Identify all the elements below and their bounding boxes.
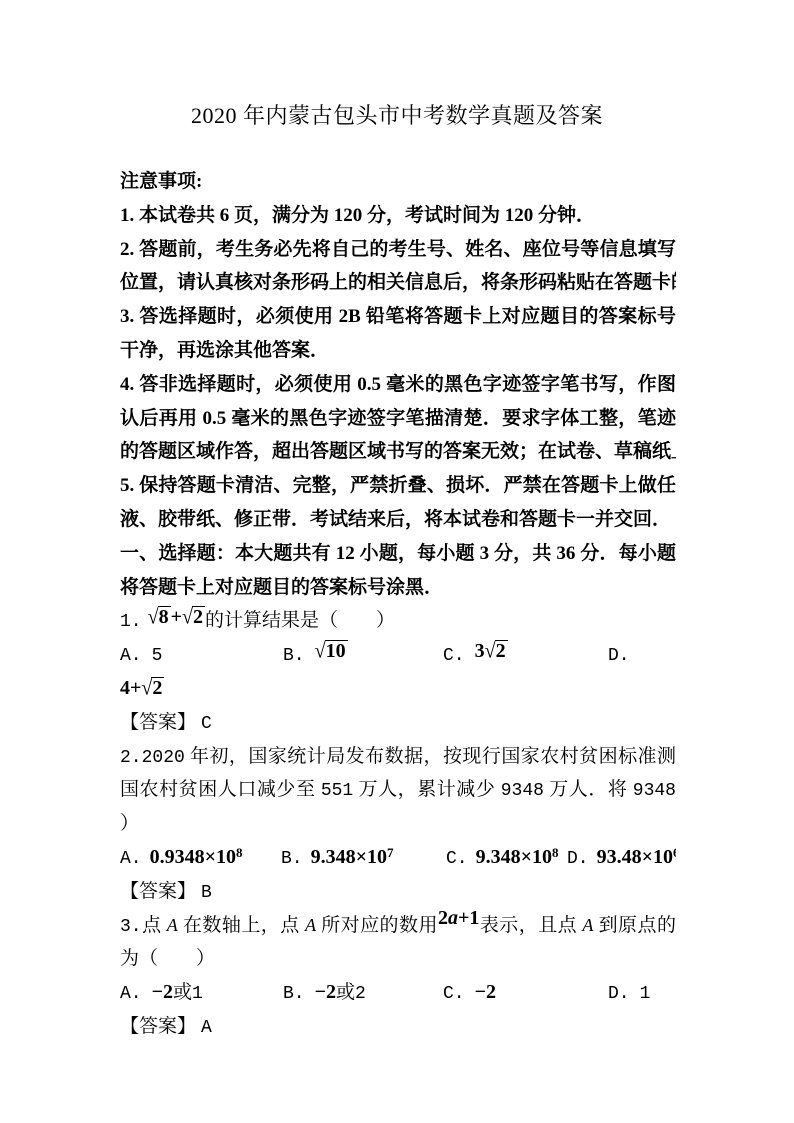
- document-body: 注意事项: 1. 本试卷共 6 页，满分为 120 分，考试时间为 120 分钟…: [120, 165, 676, 1044]
- question-2-stem-line-1: 2.2020 年初，国家统计局发布数据，按现行国家农村贫困标准测算，截至 201…: [120, 740, 676, 774]
- question-3-option-a: A.−2或1: [120, 976, 283, 1010]
- answer-label: 【答案】: [120, 881, 196, 902]
- question-1-options: A.5 B.√10 C.3√2 D.: [120, 638, 676, 672]
- notice-item-4-line-3: 的答题区域作答，超出答题区域书写的答案无效；在试卷、草稿纸上答题无效．: [120, 435, 676, 469]
- option-c-value: −2: [475, 981, 496, 1003]
- section-header-line-1: 一、选择题：本大题共有 12 小题，每小题 3 分，共 36 分．每小题只有一个…: [120, 537, 676, 571]
- notice-item-5-line-2: 液、胶带纸、修正带．考试结来后，将本试卷和答题卡一并交回．: [120, 503, 676, 537]
- question-3-number: 3.: [120, 917, 142, 937]
- point-A: A: [167, 915, 178, 935]
- answer-label: 【答案】: [120, 1016, 196, 1037]
- sqrt-2: √2: [485, 638, 508, 669]
- sqrt-2: √2: [182, 604, 205, 635]
- question-1-math: √8+√2: [148, 606, 205, 628]
- variable-a: a: [448, 909, 458, 929]
- question-2-option-d: D.93.48×106: [567, 841, 676, 875]
- question-1-number: 1.: [120, 612, 142, 632]
- exam-paper-page: 2020 年内蒙古包头市中考数学真题及答案 注意事项: 1. 本试卷共 6 页，…: [0, 0, 794, 1123]
- notice-item-3-line-1: 3. 答选择题时，必须使用 2B 铅笔将答题卡上对应题目的答案标号涂黑，修改时用…: [120, 300, 676, 334]
- question-1-stem: 1.√8+√2的计算结果是（ ）: [120, 604, 676, 638]
- question-3-option-b: B.−2或2: [283, 976, 443, 1010]
- number-9348: 9348: [633, 781, 676, 801]
- question-1-option-d-value: 4+√2: [120, 672, 676, 706]
- question-1-option-d: D.: [608, 638, 676, 672]
- option-d-value: 1: [640, 984, 651, 1004]
- page-title: 2020 年内蒙古包头市中考数学真题及答案: [0, 103, 794, 129]
- question-2-stem-line-3: ）: [120, 807, 676, 841]
- question-2-number: 2.2020: [120, 748, 185, 768]
- option-d-value: 93.48×106: [597, 846, 676, 868]
- option-a-value: 0.9348×108: [150, 846, 243, 868]
- option-c-label: C.: [446, 849, 468, 869]
- option-a-label: A.: [120, 849, 142, 869]
- option-b-label: B.: [283, 984, 305, 1004]
- option-c-label: C.: [443, 646, 465, 666]
- point-A: A: [305, 915, 316, 935]
- option-d-math: 4+√2: [120, 677, 164, 699]
- option-b-label: B.: [281, 849, 303, 869]
- option-d-label: D.: [608, 646, 630, 666]
- option-b-value: −2或2: [315, 982, 366, 1003]
- question-3-options: A.−2或1 B.−2或2 C.−2 D.1: [120, 976, 676, 1010]
- plus-sign: +: [171, 606, 182, 628]
- question-1-option-b: B.√10: [283, 638, 443, 672]
- notice-item-5-line-1: 5. 保持答题卡清洁、完整，严禁折叠、损坏．严禁在答题卡上做任何标记，严禁使用涂…: [120, 469, 676, 503]
- option-c-value: 3√2: [475, 640, 508, 662]
- question-1-option-c: C.3√2: [443, 638, 608, 672]
- option-a-label: A.: [120, 646, 142, 666]
- notice-item-4-line-1: 4. 答非选择题时，必须使用 0.5 毫米的黑色字迹签字笔书写，作图题可先用铅笔…: [120, 368, 676, 402]
- option-c-label: C.: [443, 984, 465, 1004]
- notice-heading: 注意事项:: [120, 165, 676, 199]
- sqrt-2: √2: [141, 672, 164, 706]
- question-2-option-a: A.0.9348×108: [120, 841, 281, 875]
- answer-letter: C: [201, 714, 212, 734]
- answer-label: 【答案】: [120, 712, 196, 733]
- question-1-answer: 【答案】C: [120, 706, 676, 740]
- option-c-value: 9.348×108: [476, 846, 559, 868]
- question-2-options: A.0.9348×108 B.9.348×107 C.9.348×108 D.9…: [120, 841, 676, 875]
- question-3-option-c: C.−2: [443, 976, 608, 1010]
- question-3-stem-line-2: 为（ ）: [120, 942, 676, 976]
- option-a-value: 5: [152, 646, 163, 666]
- exponent: 7: [387, 845, 394, 860]
- question-2-answer: 【答案】B: [120, 875, 676, 909]
- sqrt-10: √10: [315, 638, 348, 669]
- number-9348: 9348: [501, 781, 544, 801]
- coefficient-3: 3: [475, 640, 485, 662]
- question-3-answer: 【答案】A: [120, 1010, 676, 1044]
- question-3-option-d: D.1: [608, 976, 676, 1010]
- exponent: 8: [552, 845, 559, 860]
- number-551: 551: [321, 781, 353, 801]
- option-d-label: D.: [567, 849, 589, 869]
- section-header-line-2: 将答题卡上对应题目的答案标号涂黑．: [120, 571, 676, 605]
- option-b-label: B.: [283, 646, 305, 666]
- question-2-stem-line-2: 国农村贫困人口减少至 551 万人，累计减少 9348 万人．将 9348 万用…: [120, 773, 676, 807]
- option-d-label: D.: [608, 984, 630, 1004]
- notice-item-3-line-2: 干净，再选涂其他答案．: [120, 334, 676, 368]
- answer-letter: B: [201, 883, 212, 903]
- option-a-value: −2或1: [152, 982, 203, 1003]
- notice-item-2-line-1: 2. 答题前，考生务必先将自己的考生号、姓名、座位号等信息填写在试卷和答题卡的指…: [120, 233, 676, 267]
- notice-item-2-line-2: 位置，请认真核对条形码上的相关信息后，将条形码粘贴在答题卡的指定位置上．: [120, 266, 676, 300]
- exponent: 6: [673, 845, 676, 860]
- question-1-option-a: A.5: [120, 638, 283, 672]
- sqrt-8: √8: [148, 604, 171, 635]
- four-plus: 4+: [120, 677, 141, 699]
- notice-item-4-line-2: 认后再用 0.5 毫米的黑色字迹签字笔描清楚．要求字体工整，笔迹清晰．严格按题号…: [120, 402, 676, 436]
- question-1-stem-text: 的计算结果是（ ）: [205, 610, 395, 631]
- question-2-option-b: B.9.348×107: [281, 841, 446, 875]
- exponent: 8: [236, 845, 243, 860]
- option-b-value: √10: [315, 640, 348, 662]
- point-A: A: [582, 915, 593, 935]
- expression-2a-plus-1: 2a+1: [438, 909, 479, 929]
- question-3-stem-line-1: 3.点 A 在数轴上，点 A 所对应的数用2a+1表示，且点 A 到原点的距离等…: [120, 909, 676, 943]
- option-b-value: 9.348×107: [311, 846, 394, 868]
- option-a-label: A.: [120, 984, 142, 1004]
- answer-letter: A: [201, 1018, 212, 1038]
- notice-item-1: 1. 本试卷共 6 页，满分为 120 分，考试时间为 120 分钟．: [120, 199, 676, 233]
- question-2-option-c: C.9.348×108: [446, 841, 567, 875]
